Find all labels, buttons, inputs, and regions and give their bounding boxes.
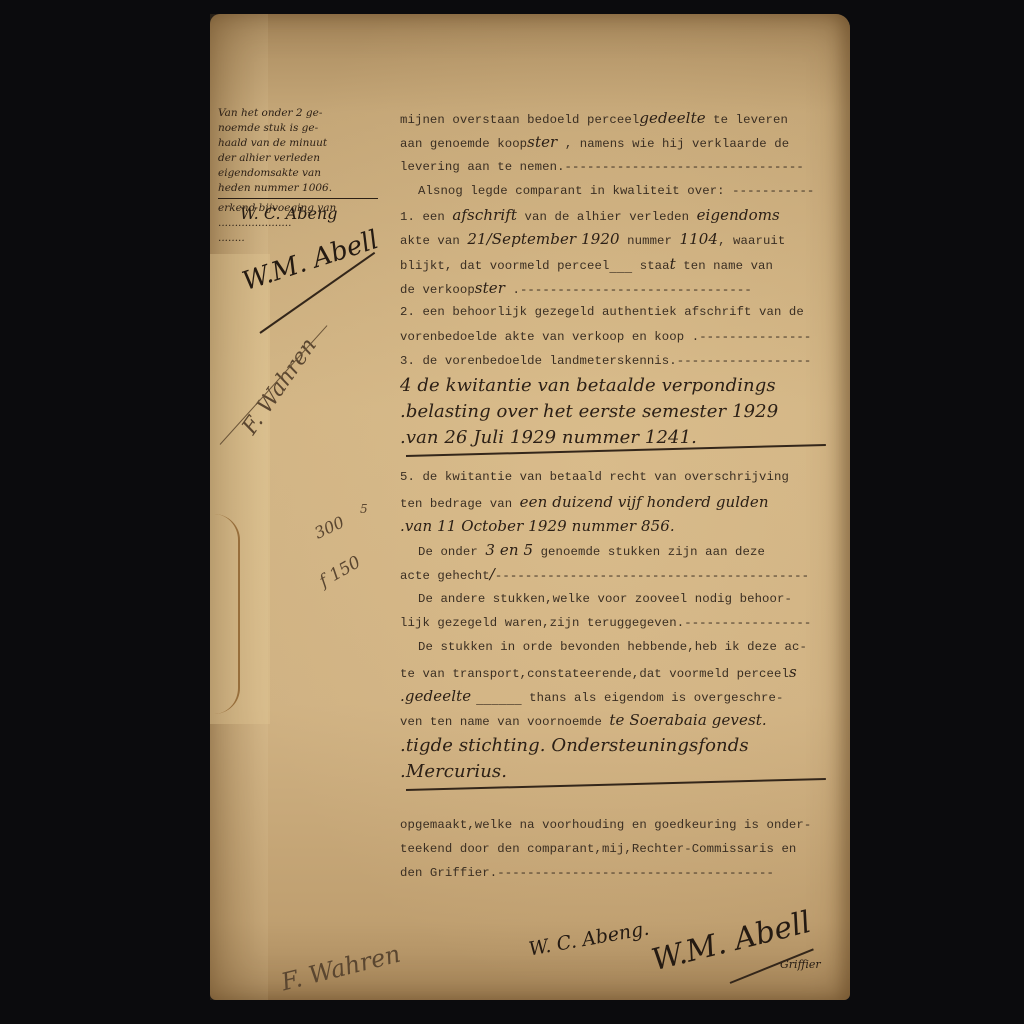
typed-text: ----------------------------------------… (495, 569, 809, 583)
deed-line: De stukken in orde bevonden hebbende,heb… (400, 635, 840, 659)
margin-note-line: noemde stuk is ge- (218, 121, 378, 136)
deed-line: den Griffier.---------------------------… (400, 861, 840, 885)
deed-line: 3. de vorenbedoelde landmeterskennis.---… (400, 349, 840, 373)
typed-text: opgemaakt,welke na voorhouding en goedke… (400, 818, 811, 832)
deed-line: Alsnog legde comparant in kwaliteit over… (400, 179, 840, 203)
typed-text: .------------------------------- (505, 283, 752, 297)
handwritten-insert: 3 en 5 (485, 541, 533, 559)
handwritten-rule (400, 785, 840, 799)
deed-line: lijk gezegeld waren,zijn teruggegeven.--… (400, 611, 840, 635)
typed-text: 3. de vorenbedoelde landmeterskennis. (400, 354, 677, 368)
fee-note-sub: 5 (360, 502, 368, 516)
deed-line: aan genoemde koopster , namens wie hij v… (400, 130, 840, 154)
deed-line: De andere stukken,welke voor zooveel nod… (400, 587, 840, 611)
deed-line: ten bedrage van een duizend vijf honderd… (400, 490, 840, 514)
typed-text: thans als eigendom is overgeschre- (522, 691, 784, 705)
handwritten-insert: .gedeelte ______ (400, 687, 522, 705)
typed-text: 5. de kwitantie van betaald recht van ov… (400, 470, 789, 484)
typed-text: -------------------------------- (565, 160, 804, 174)
margin-note-line: heden nummer 1006. (218, 181, 378, 196)
typed-text: ven ten name van voornoemde (400, 715, 609, 729)
deed-line: levering aan te nemen.------------------… (400, 155, 840, 179)
typed-text: van de alhier verleden (517, 210, 697, 224)
typed-text: te van transport,constateerende,dat voor… (400, 667, 789, 681)
typed-text: mijnen overstaan bedoeld perceel (400, 113, 639, 127)
handwritten-insert: .van 11 October 1929 nummer 856. (400, 517, 675, 535)
deed-line: blijkt, dat voormeld perceel___ staat te… (400, 252, 840, 276)
handwritten-insert: 1104 (680, 230, 719, 248)
typed-text: ten bedrage van (400, 497, 520, 511)
typed-text: levering aan te nemen. (400, 160, 565, 174)
deed-line: ven ten name van voornoemde te Soerabaia… (400, 708, 840, 732)
margin-note-rule (218, 198, 378, 199)
margin-note-line: Van het onder 2 ge- (218, 106, 378, 121)
document-page: Van het onder 2 ge- noemde stuk is ge- h… (210, 14, 850, 1000)
margin-note-line: eigendomsakte van (218, 166, 378, 181)
typed-text: aan genoemde koop (400, 137, 527, 151)
handwritten-insert: te Soerabaia gevest. (609, 711, 766, 729)
handwritten-insert: ster (475, 279, 505, 297)
deed-line: .van 11 October 1929 nummer 856. (400, 514, 840, 538)
fee-note-bottom: f 150 (316, 552, 364, 591)
typed-text: staa (632, 259, 669, 273)
deed-line: vorenbedoelde akte van verkoop en koop .… (400, 325, 840, 349)
typed-text: 2. een behoorlijk gezegeld authentiek af… (400, 305, 804, 319)
typed-text: ----------- (725, 184, 815, 198)
handwritten-line: 4 de kwitantie van betaalde verpondings (400, 373, 840, 399)
deed-line: de verkoopster .------------------------… (400, 276, 840, 300)
handwritten-insert: ___ (609, 255, 632, 273)
typed-text: ------------------ (677, 354, 812, 368)
binding-thread (214, 514, 240, 714)
signature-middle: W. C. Abeng. (527, 918, 651, 961)
handwritten-line: .tigde stichting. Ondersteuningsfonds (400, 733, 840, 759)
typed-text: ----------------- (684, 616, 811, 630)
deed-line: akte van 21/September 1920 nummer 1104, … (400, 227, 840, 251)
typed-text: lijk gezegeld waren,zijn teruggegeven. (400, 616, 684, 630)
typed-text: ten name van (676, 259, 773, 273)
deed-line: te van transport,constateerende,dat voor… (400, 660, 840, 684)
deed-line: .gedeelte ______ thans als eigendom is o… (400, 684, 840, 708)
handwritten-line: .belasting over het eerste semester 1929 (400, 399, 840, 425)
deed-line: opgemaakt,welke na voorhouding en goedke… (400, 813, 840, 837)
handwritten-insert: ster (527, 133, 557, 151)
typed-text: 1. een (400, 210, 452, 224)
handwritten-insert: 21/September 1920 (467, 230, 619, 248)
typed-text: teekend door den comparant,mij,Rechter-C… (400, 842, 796, 856)
typed-text: vorenbedoelde akte van verkoop en koop . (400, 330, 699, 344)
typed-text: De andere stukken,welke voor zooveel nod… (418, 592, 792, 606)
deed-line: 2. een behoorlijk gezegeld authentiek af… (400, 300, 840, 324)
signature-left: F. Wahren (278, 940, 403, 997)
margin-initials: W. C. Abeng (240, 204, 337, 223)
handwritten-insert: afschrift (452, 206, 517, 224)
handwritten-insert: s (789, 663, 797, 681)
handwritten-insert: gedeelte (639, 109, 705, 127)
typed-text: nummer (620, 234, 680, 248)
deed-line: De onder 3 en 5 genoemde stukken zijn aa… (400, 538, 840, 562)
typed-text: , waaruit (718, 234, 785, 248)
typed-text: akte van (400, 234, 467, 248)
typed-text: ------------------------------------- (497, 866, 774, 880)
deed-line: 1. een afschrift van de alhier verleden … (400, 203, 840, 227)
margin-note-line: der alhier verleden (218, 151, 378, 166)
typed-text: te leveren (706, 113, 788, 127)
deed-line: teekend door den comparant,mij,Rechter-C… (400, 837, 840, 861)
deed-line: mijnen overstaan bedoeld perceelgedeelte… (400, 106, 840, 130)
fee-note-top: 300 (311, 512, 347, 542)
typed-text: De stukken in orde bevonden hebbende,heb… (418, 640, 807, 654)
typed-text: blijkt, dat voormeld perceel (400, 259, 609, 273)
handwritten-insert: een duizend vijf honderd gulden (520, 493, 769, 511)
spacer (400, 799, 840, 813)
typed-text: , namens wie hij verklaarde de (557, 137, 789, 151)
typed-text: de verkoop (400, 283, 475, 297)
typed-text: den Griffier. (400, 866, 497, 880)
typed-text: Alsnog legde comparant in kwaliteit over… (418, 184, 725, 198)
deed-line: 5. de kwitantie van betaald recht van ov… (400, 465, 840, 489)
deed-body: mijnen overstaan bedoeld perceelgedeelte… (400, 106, 840, 885)
typed-text: acte gehecht (400, 569, 490, 583)
handwritten-rule (400, 451, 840, 465)
handwritten-insert: eigendoms (697, 206, 780, 224)
typed-text: --------------- (699, 330, 811, 344)
margin-note: Van het onder 2 ge- noemde stuk is ge- h… (218, 106, 378, 246)
deed-line: acte gehecht/---------------------------… (400, 562, 840, 586)
typed-text: De onder (418, 545, 485, 559)
margin-note-line: haald van de minuut (218, 136, 378, 151)
typed-text: genoemde stukken zijn aan deze (533, 545, 765, 559)
